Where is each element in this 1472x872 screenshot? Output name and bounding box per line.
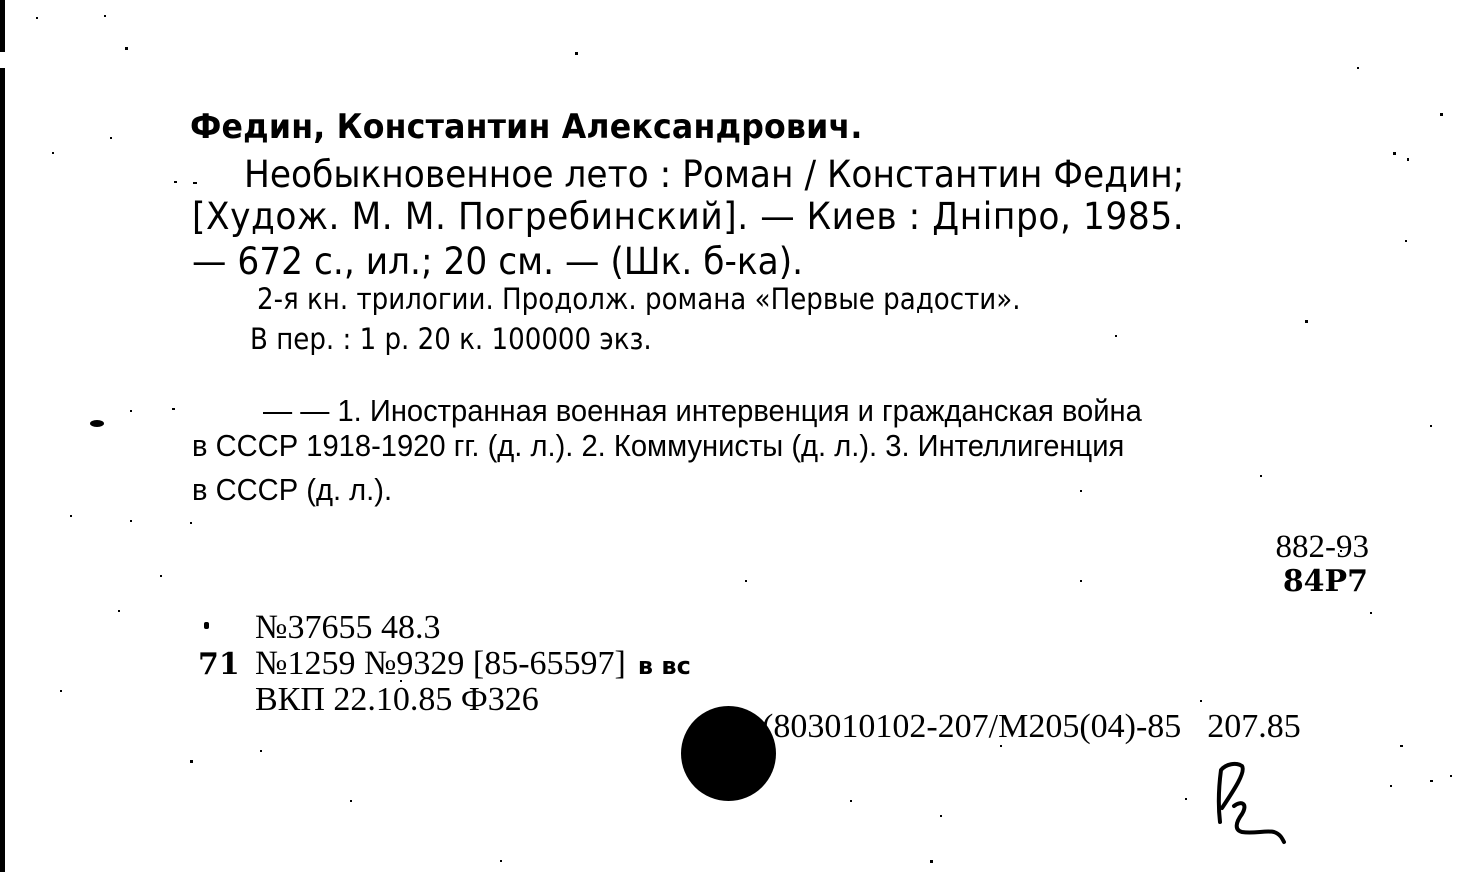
noise-speck	[500, 860, 502, 862]
noise-speck	[104, 15, 106, 17]
noise-speck	[174, 181, 177, 183]
noise-speck	[118, 610, 120, 612]
noise-speck	[350, 800, 352, 802]
service-line-3: ВКП 22.10.85 Ф326	[255, 683, 539, 717]
noise-speck	[1200, 700, 1202, 702]
noise-speck	[1390, 785, 1392, 787]
noise-speck	[260, 750, 262, 752]
noise-speck	[745, 580, 747, 582]
punch-hole	[681, 706, 776, 801]
isbn-line: (803010102-207/М205(04)-85207.85	[762, 710, 1301, 744]
catalog-code: 207.85	[1207, 708, 1301, 745]
noise-speck	[1440, 113, 1443, 116]
note-trilogy: 2-я кн. трилогии. Продолж. романа «Первы…	[257, 285, 1021, 314]
noise-speck	[1115, 335, 1117, 337]
noise-speck	[1400, 745, 1403, 747]
title-statement: Необыкновенное лето : Роман / Константин…	[244, 156, 1184, 193]
noise-speck	[1430, 780, 1433, 782]
noise-speck	[110, 137, 112, 139]
row-number: 71	[198, 647, 240, 682]
noise-speck	[930, 860, 933, 863]
noise-speck	[1305, 320, 1308, 323]
noise-speck	[1080, 490, 1082, 492]
service-line-1: №37655 48.3	[255, 611, 440, 645]
subject-heading-line: в СССР (д. л.).	[192, 474, 392, 505]
isbn-code: (803010102-207/М205(04)-85	[762, 708, 1181, 745]
noise-speck	[600, 180, 602, 182]
noise-speck	[1370, 612, 1372, 614]
noise-speck	[850, 800, 852, 802]
noise-speck	[130, 410, 132, 412]
noise-speck	[1393, 152, 1396, 155]
bbk-code: 84Р7	[1283, 567, 1368, 597]
noise-speck	[190, 760, 193, 763]
service-line-2-codes: №1259 №9329 [85-65597]	[255, 645, 626, 682]
collation-statement: — 672 с., ил.; 20 см. — (Шк. б-ка).	[192, 243, 803, 280]
noise-speck	[1185, 798, 1187, 800]
handwritten-mark-icon	[1212, 760, 1292, 850]
subject-heading-line: в СССР 1918-1920 гг. (д. л.). 2. Коммуни…	[192, 430, 1124, 461]
noise-speck	[160, 575, 162, 577]
udc-code: 882-93	[1276, 531, 1370, 564]
bullet-mark	[204, 622, 209, 629]
noise-speck	[52, 152, 54, 154]
noise-speck	[940, 815, 942, 817]
noise-speck	[575, 52, 578, 55]
card-left-edge	[0, 0, 5, 872]
noise-speck	[193, 182, 197, 184]
author-heading: Федин, Константин Александрович.	[190, 110, 863, 144]
subject-heading-line: — — 1. Иностранная военная интервенция и…	[263, 395, 1142, 426]
noise-speck	[130, 520, 132, 522]
noise-speck	[400, 680, 402, 682]
noise-speck	[1080, 580, 1082, 582]
noise-speck	[1000, 745, 1002, 747]
noise-speck	[36, 17, 38, 19]
noise-speck	[1405, 240, 1407, 242]
publication-statement: [Худож. М. М. Погребинский]. — Киев : Дн…	[192, 198, 1184, 235]
service-line-2: №1259 №9329 [85-65597]в вс	[255, 647, 691, 681]
noise-speck	[1260, 475, 1262, 477]
noise-speck	[190, 522, 192, 524]
noise-speck	[1450, 775, 1452, 777]
note-price-print-run: В пер. : 1 р. 20 к. 100000 экз.	[250, 325, 652, 354]
ink-blot	[90, 420, 104, 427]
noise-speck	[172, 408, 175, 410]
noise-speck	[1357, 67, 1359, 69]
noise-speck	[125, 47, 128, 50]
noise-speck	[70, 515, 72, 517]
noise-speck	[60, 690, 62, 692]
service-line-2-suffix: в вс	[638, 652, 691, 680]
noise-speck	[1407, 158, 1409, 161]
noise-speck	[1340, 550, 1342, 552]
noise-speck	[1430, 425, 1432, 427]
